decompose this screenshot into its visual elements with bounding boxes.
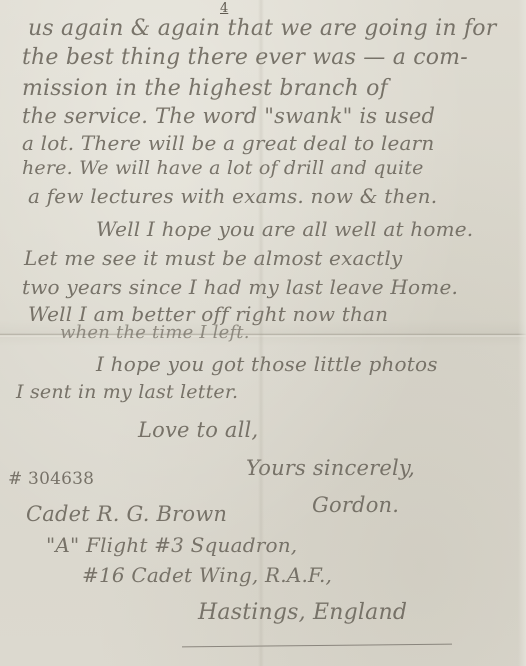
body-line-5: a lot. There will be a great deal to lea…	[22, 131, 435, 155]
body-line-2: the best thing there ever was — a com-	[22, 45, 468, 70]
body-line-3: mission in the highest branch of	[22, 76, 388, 101]
body-line-13: I hope you got those little photos	[96, 352, 438, 376]
address-underline	[182, 644, 452, 648]
address-flight: "A" Flight #3 Squadron,	[46, 533, 297, 557]
letter-page: 4 us again & again that we are going in …	[0, 0, 526, 666]
body-line-12: when the time I left.	[60, 322, 250, 343]
body-line-4: the service. The word "swank" is used	[22, 104, 435, 128]
body-line-14: I sent in my last letter.	[16, 381, 238, 403]
body-line-10: two years since I had my last leave Home…	[22, 275, 458, 299]
body-line-7: a few lectures with exams. now & then.	[28, 184, 437, 208]
page-number: 4	[220, 1, 228, 16]
body-line-8: Well I hope you are all well at home.	[96, 217, 473, 241]
signature: Gordon.	[312, 493, 399, 517]
paper-edge	[518, 0, 526, 666]
address-wing: #16 Cadet Wing, R.A.F.,	[82, 563, 332, 587]
closing-valediction: Yours sincerely,	[246, 456, 415, 480]
address-name: Cadet R. G. Brown	[26, 502, 227, 526]
body-line-6: here. We will have a lot of drill and qu…	[22, 157, 424, 179]
address-location: Hastings, England	[198, 600, 407, 625]
closing-salutation: Love to all,	[138, 418, 258, 442]
body-line-1: us again & again that we are going in fo…	[28, 16, 496, 41]
service-number: # 304638	[8, 469, 94, 489]
body-line-9: Let me see it must be almost exactly	[24, 246, 402, 270]
